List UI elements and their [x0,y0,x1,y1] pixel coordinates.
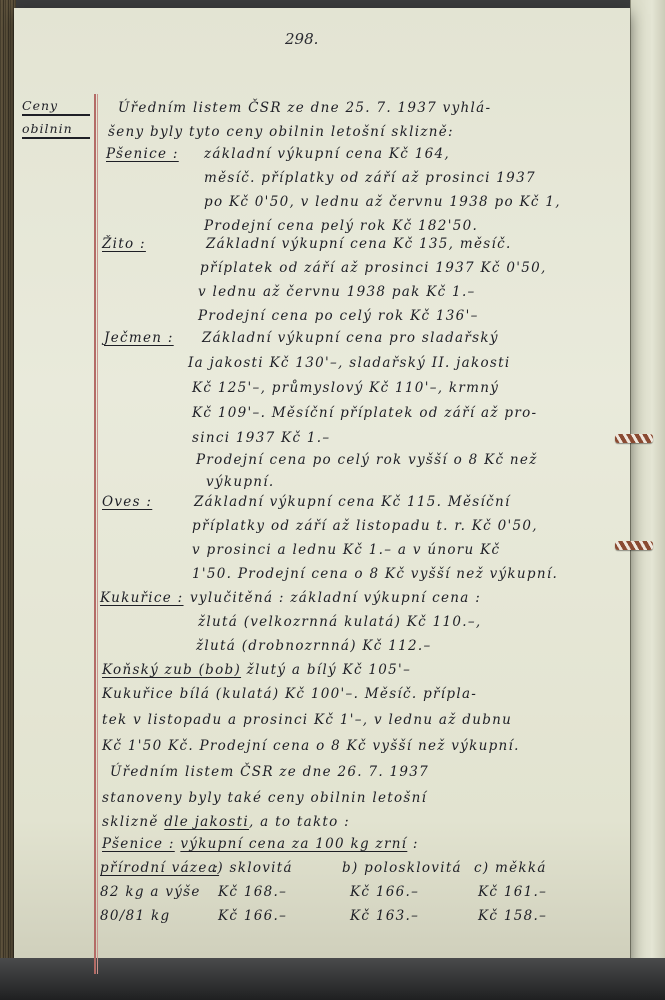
section-line: příplatek od září až prosinci 1937 Kč 0'… [200,260,547,276]
konsky-zub-line: Koňský zub (bob) žlutý a bílý Kč 105'– [102,662,411,678]
section-line: Základní výkupní cena Kč 115. Měsíční [194,494,511,510]
section-label-oves: Oves : [102,494,152,510]
table-cell: Kč 166.– [350,884,419,900]
table-cell: Kč 168.– [218,884,287,900]
book-photo: 298. Ceny obilnin Úředním listem ČSR ze … [0,0,665,1000]
section-line: sinci 1937 Kč 1.– [192,430,330,446]
section-line: výkupní. [206,474,274,490]
section-label-kukurice: Kukuřice : [100,590,184,606]
quality-prefix: sklizně [102,814,164,830]
section-line: měsíč. příplatky od září až prosinci 193… [204,170,536,186]
body-line: stanoveny byly také ceny obilnin letošní [102,790,427,806]
side-heading-line-1: Ceny [22,98,90,116]
quality-underlined: dle jakosti [164,814,249,830]
margin-rule-secondary [97,94,98,974]
intro-line: šeny byly tyto ceny obilnin letošní skli… [108,124,454,140]
section-line: příplatky od září až listopadu t. r. Kč … [192,518,538,534]
section-line: Ia jakosti Kč 130'–, sladařský II. jakos… [188,355,510,371]
next-page-edge [630,0,665,975]
section-line: po Kč 0'50, v lednu až červnu 1938 po Kč… [204,194,561,210]
section-line: vylučitěná : základní výkupní cena : [190,590,481,606]
table-title-text: výkupní cena za 100 kg zrní [180,836,407,852]
body-line: Kukuřice bílá (kulatá) Kč 100'–. Měsíč. … [102,686,477,702]
section-label-psenice: Pšenice : [106,146,179,162]
table-cell: Kč 163.– [350,908,419,924]
body-line: Kč 1'50 Kč. Prodejní cena o 8 Kč vyšší n… [102,738,520,754]
bottom-shadow [0,958,665,1000]
intro-line: Úředním listem ČSR ze dne 25. 7. 1937 vy… [118,100,491,116]
konsky-zub-label: Koňský zub (bob) [102,662,241,678]
quality-line: sklizně dle jakosti, a to takto : [102,814,350,830]
table-title-label: Pšenice : [102,836,175,852]
table-cell: Kč 166.– [218,908,287,924]
konsky-zub-price: žlutý a bílý Kč 105'– [241,662,411,678]
table-cell: Kč 158.– [478,908,547,924]
table-cell: 80/81 kg [100,908,170,924]
table-header: přírodní váze : [100,860,219,876]
section-line: žlutá (velkozrnná kulatá) Kč 110.–, [198,614,482,630]
section-line: Základní výkupní cena pro sladařský [202,330,499,346]
table-header: c) měkká [474,860,547,876]
table-cell: Kč 161.– [478,884,547,900]
section-line: Prodejní cena po celý rok vyšší o 8 Kč n… [196,452,538,468]
section-line: Základní výkupní cena Kč 135, měsíč. [206,236,512,252]
side-heading-line-2: obilnin [22,121,90,139]
section-line: Kč 125'–, průmyslový Kč 110'–, krmný [192,380,499,396]
section-label-zito: Žito : [102,236,146,252]
table-header: b) polosklovitá [342,860,462,876]
section-line: v prosinci a lednu Kč 1.– a v únoru Kč [192,542,500,558]
section-line: základní výkupní cena Kč 164, [204,146,450,162]
section-line: 1'50. Prodejní cena o 8 Kč vyšší než výk… [192,566,558,582]
page-number: 298. [285,30,318,48]
table-title-suffix: : [407,836,418,852]
table-header: a) sklovitá [208,860,293,876]
quality-suffix: , a to takto : [249,814,350,830]
body-line: Úředním listem ČSR ze dne 26. 7. 1937 [110,764,429,780]
table-title: Pšenice : výkupní cena za 100 kg zrní : [102,836,419,852]
section-line: žlutá (drobnozrnná) Kč 112.– [196,638,432,654]
section-line: Prodejní cena pelý rok Kč 182'50. [204,218,478,234]
section-line: Prodejní cena po celý rok Kč 136'– [198,308,479,324]
section-label-jecmen: Ječmen : [104,330,174,346]
binding-cord-upper [615,434,653,443]
body-line: tek v listopadu a prosinci Kč 1'–, v led… [102,712,512,728]
section-line: v lednu až červnu 1938 pak Kč 1.– [198,284,476,300]
section-line: Kč 109'–. Měsíční příplatek od září až p… [192,405,537,421]
margin-rule [94,94,96,974]
binding-cord-lower [615,541,653,550]
table-cell: 82 kg a výše [100,884,201,900]
